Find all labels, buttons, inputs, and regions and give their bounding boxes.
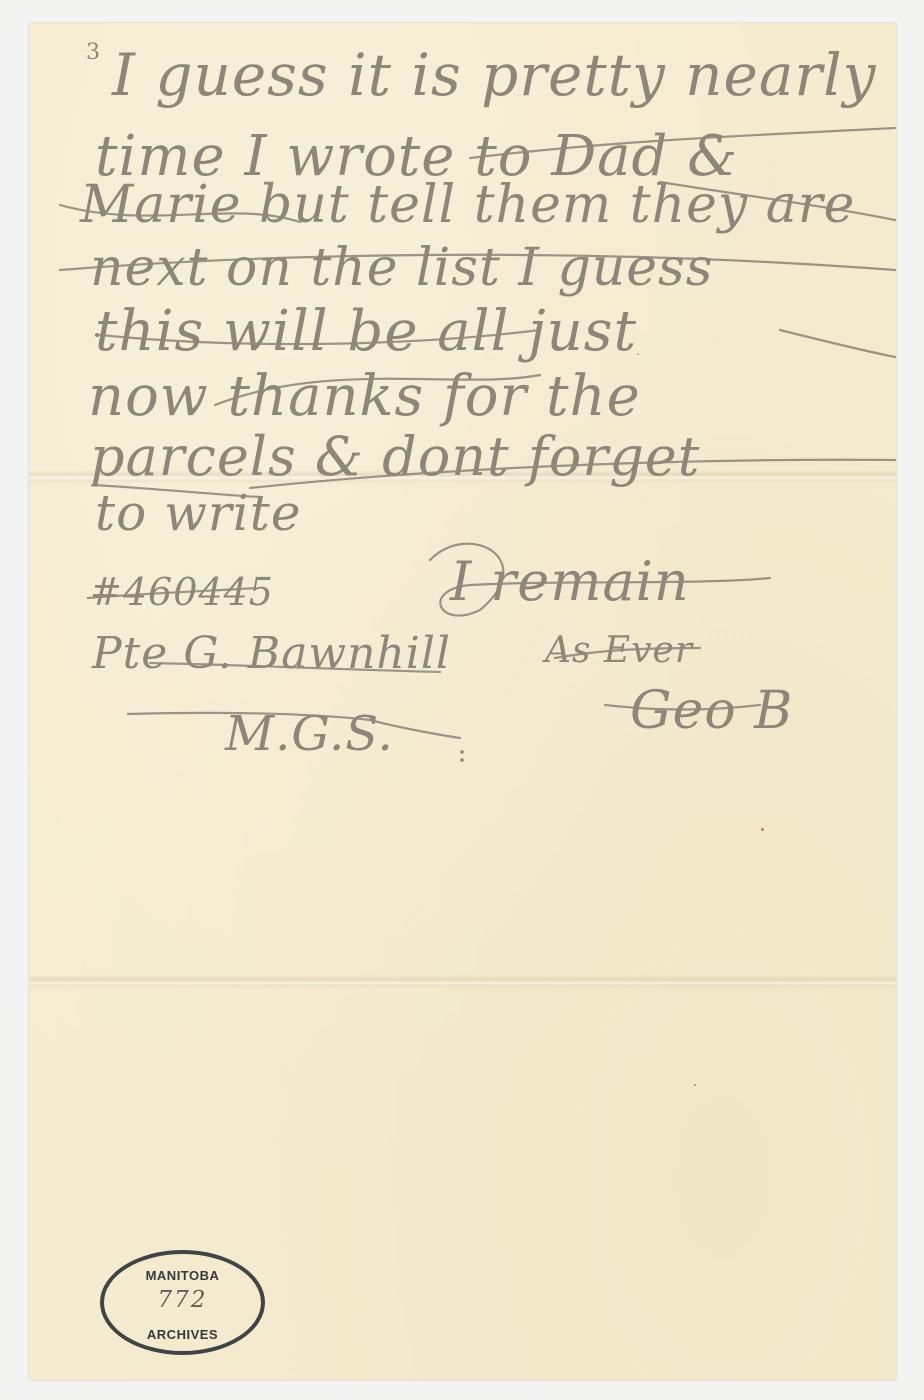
letter-line: I guess it is pretty nearly [111,41,877,109]
strike-stroke [780,330,895,357]
letter-line: parcels & dont forget [90,425,700,488]
colon-dot [460,758,464,762]
handwriting-layer: I guess it is pretty nearly time I wrote… [0,0,924,1400]
letter-line: now thanks for the [88,364,641,429]
stamp-label-top: MANITOBA [104,1268,261,1283]
letter-line: Marie but tell them they are [79,175,855,235]
signature: Geo B [630,681,793,741]
stamp-number: 772 [104,1287,261,1313]
scan-canvas: 3 I guess it is pretty nearly time I wro… [0,0,924,1400]
letter-line: next on the list I guess [90,238,713,298]
letter-line: this will be all just [95,299,637,364]
colon-dot [460,750,464,754]
stray-dot [95,333,99,337]
archives-stamp: MANITOBA 772 ARCHIVES [100,1250,265,1355]
stamp-label-bottom: ARCHIVES [104,1327,261,1342]
